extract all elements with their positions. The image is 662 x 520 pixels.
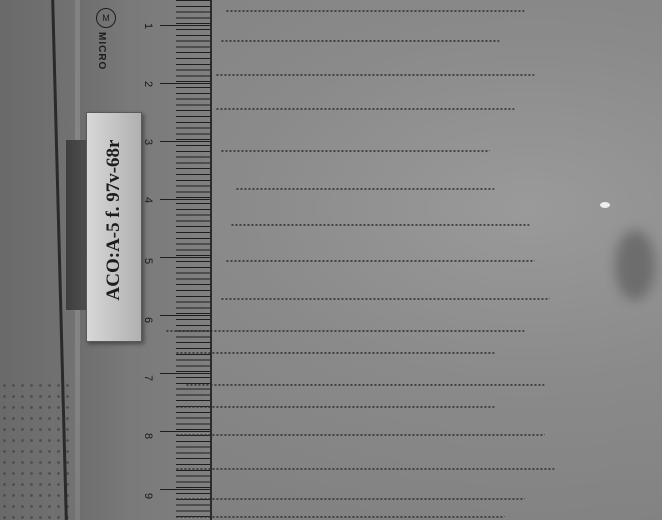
- handwritten-text-block: [215, 0, 662, 520]
- ruler-number: 3: [142, 139, 154, 145]
- shelfmark-label: ACO:A-5 f. 97v-68r: [86, 112, 142, 342]
- ruler-number: 6: [142, 317, 154, 323]
- text-line: [220, 296, 550, 300]
- shelfmark-text: ACO:A-5 f. 97v-68r: [103, 106, 125, 334]
- text-line: [235, 186, 495, 190]
- ruler-number: 9: [142, 493, 154, 499]
- ruler-number: 5: [142, 258, 154, 264]
- text-line: [230, 222, 530, 226]
- brand-text: MICRO: [96, 32, 107, 70]
- text-line: [175, 496, 525, 500]
- brand-logo-icon: M: [96, 8, 116, 28]
- text-line: [220, 148, 490, 152]
- ruler-number: 2: [142, 81, 154, 87]
- text-line: [165, 328, 525, 332]
- text-line: [175, 466, 555, 470]
- ruler-brand: M MICRO: [96, 8, 116, 70]
- text-line: [175, 432, 545, 436]
- text-line: [175, 350, 495, 354]
- text-line: [175, 514, 505, 518]
- ruler-number: 4: [142, 197, 154, 203]
- ruler-number: 7: [142, 375, 154, 381]
- highlight-speck: [600, 202, 610, 208]
- ruler-edge: [210, 0, 212, 520]
- ink-stain: [615, 230, 655, 300]
- text-line: [185, 382, 545, 386]
- text-line: [215, 72, 535, 76]
- text-line: [225, 8, 525, 12]
- text-line: [220, 38, 500, 42]
- text-line: [225, 258, 535, 262]
- foxing-spots: [0, 380, 70, 520]
- text-line: [215, 106, 515, 110]
- ruler-major-ticks: [160, 0, 210, 520]
- ruler-number: 8: [142, 433, 154, 439]
- ruler-number: 1: [142, 23, 154, 29]
- text-line: [175, 404, 495, 408]
